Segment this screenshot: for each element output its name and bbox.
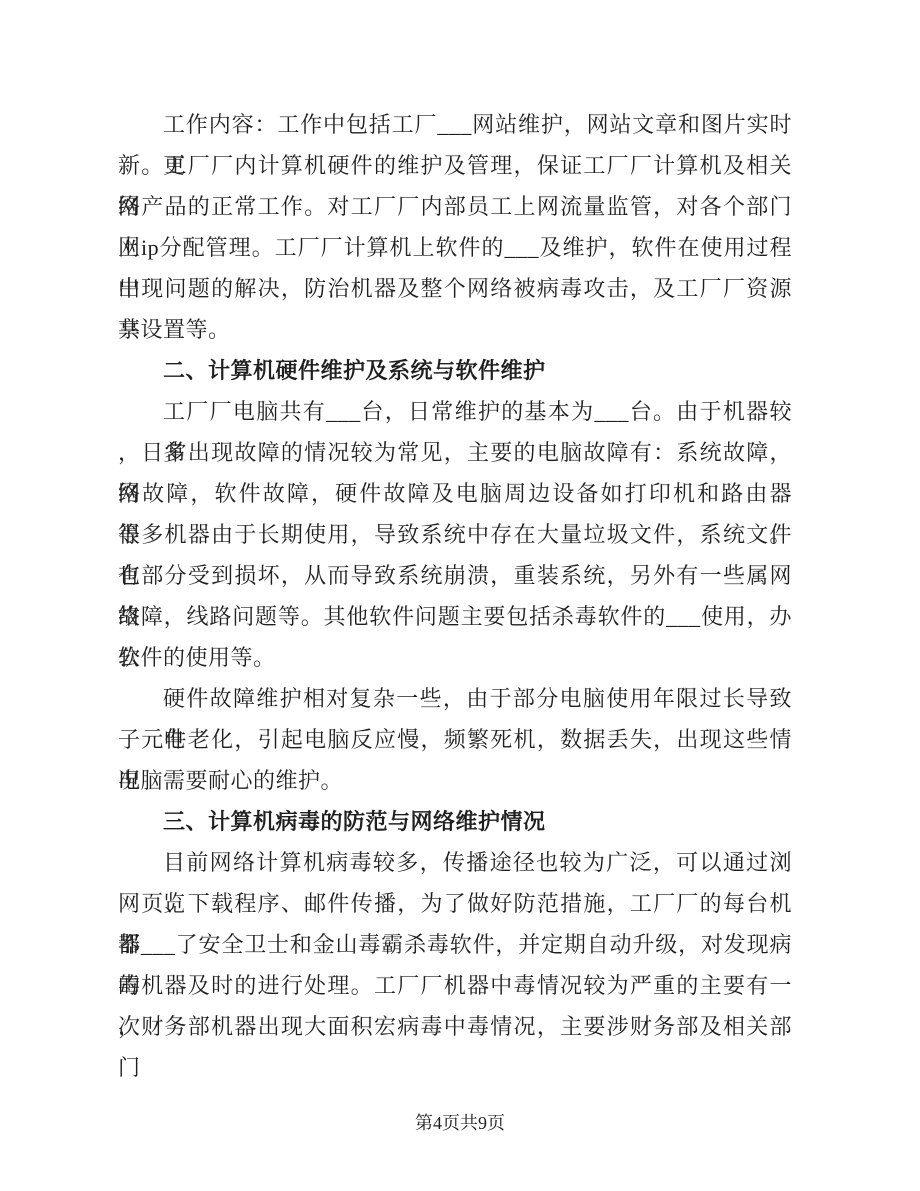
- document-body: 工作内容：工作中包括工厂___网站维护，网站文章和图片实时更新。工厂厂内计算机硬…: [118, 104, 792, 1047]
- document-line: 三、计算机病毒的防范与网络维护情况: [118, 801, 792, 842]
- document-line: 硬件故障维护相对复杂一些，由于部分电脑使用年限过长导致电: [118, 678, 792, 719]
- document-line: 故障，线路问题等。其他软件问题主要包括杀毒软件的___使用，办公: [118, 596, 792, 637]
- document-line: 很多机器由于长期使用，导致系统中存在大量垃圾文件，系统文件也: [118, 514, 792, 555]
- document-line: 络产品的正常工作。对工厂厂内部员工上网流量监管，对各个部门上: [118, 186, 792, 227]
- document-line: 工厂厂电脑共有___台，日常维护的基本为___台。由于机器较多: [118, 391, 792, 432]
- document-line: 二、计算机硬件维护及系统与软件维护: [118, 350, 792, 391]
- document-line: 软件的使用等。: [118, 637, 792, 678]
- document-line: 络故障，软件故障，硬件故障及电脑周边设备如打印机和路由器等。: [118, 473, 792, 514]
- document-line: 出现问题的解决，防治机器及整个网络被病毒攻击，及工厂厂资源共: [118, 268, 792, 309]
- document-line: 的机器及时的进行处理。工厂厂机器中毒情况较为严重的主要有一次: [118, 965, 792, 1006]
- page-number: 第4页共9页: [415, 1113, 505, 1133]
- document-line: 电脑需要耐心的维护。: [118, 760, 792, 801]
- document-line: ，日常出现故障的情况较为常见，主要的电脑故障有：系统故障，网: [118, 432, 792, 473]
- document-line: 目前网络计算机病毒较多，传播途径也较为广泛，可以通过浏览: [118, 842, 792, 883]
- document-line: ，财务部机器出现大面积宏病毒中毒情况，主要涉财务部及相关部门: [118, 1006, 792, 1047]
- document-line: 有部分受到损坏，从而导致系统崩溃，重装系统，另外有一些属网络: [118, 555, 792, 596]
- document-line: 工作内容：工作中包括工厂___网站维护，网站文章和图片实时更: [118, 104, 792, 145]
- document-line: 享设置等。: [118, 309, 792, 350]
- document-line: 子元件老化，引起电脑反应慢，频繁死机，数据丢失，出现这些情况: [118, 719, 792, 760]
- document-line: 都___了安全卫士和金山毒霸杀毒软件，并定期自动升级，对发现病毒: [118, 924, 792, 965]
- document-page: 工作内容：工作中包括工厂___网站维护，网站文章和图片实时更新。工厂厂内计算机硬…: [0, 0, 920, 1191]
- page-footer: 第4页共9页: [0, 1108, 920, 1138]
- document-line: 网ip分配管理。工厂厂计算机上软件的___及维护，软件在使用过程中: [118, 227, 792, 268]
- document-line: 新。工厂厂内计算机硬件的维护及管理，保证工厂厂计算机及相关网: [118, 145, 792, 186]
- document-line: 网页、下载程序、邮件传播，为了做好防范措施，工厂厂的每台机器: [118, 883, 792, 924]
